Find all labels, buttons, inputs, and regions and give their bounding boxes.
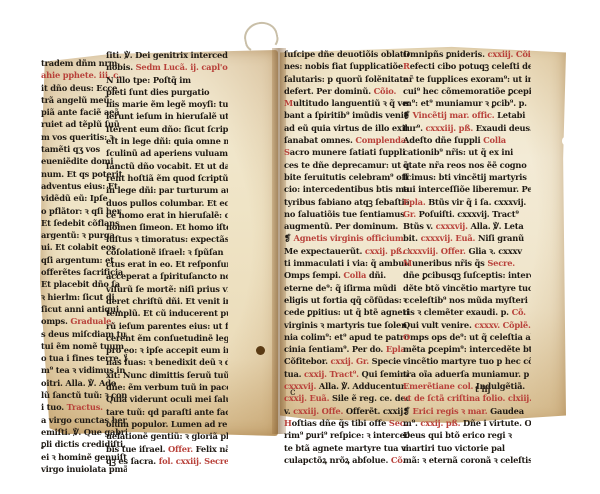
text-line: nes: nobis fiat ſupplicatiõe <box>284 60 409 72</box>
text-line: nobis. Sedm Lucã. ij. capl'o. <box>106 61 228 73</box>
rubric: Epla. <box>403 197 426 207</box>
red-initial: O <box>403 332 410 342</box>
text-line: cxxxvij. Alla. ℣. Adducentur. <box>284 380 409 392</box>
text-line: uelationẽ gentiũ: ꝛ gloriã ple <box>106 430 228 442</box>
text-line: Omps ops de⁹: ut q̃ celeſtia ali <box>403 331 531 343</box>
text-line: nas ſuas: ꝛ benedixit deũ ꝛ di <box>106 356 228 368</box>
text-line: bis tue iſrael. Offer. Felix nã <box>106 443 228 455</box>
text-line: Quia viderunt oculi mei ſalu <box>106 393 228 405</box>
text-line: templũ. Et cũ inducerent pue <box>106 307 228 319</box>
text-line: mã: ꝛ eternã coronã ꝛ celeſtis re <box>403 454 531 466</box>
text-line: nr̃ te ſupplices exoram⁹: ut in <box>403 73 531 85</box>
rubric: cxxxvij. <box>284 381 316 391</box>
red-initial: H <box>284 418 292 428</box>
rubric: cxxxvij. <box>436 221 468 231</box>
text-line: no ſaluatiõis tue ſentiamus <box>284 208 409 220</box>
text-line: ſanabat omnes. Complenda. <box>284 134 409 146</box>
rubric: cxxij. pß. <box>365 246 405 256</box>
rubric: fol. cxxiij. Secreta. <box>159 456 228 466</box>
rubric: Erici regis ꝛ mar. <box>412 406 487 416</box>
text-line: oĩum populor. Lumen ad re <box>106 418 228 430</box>
rubric: cxxij. Tract⁹. <box>304 369 359 379</box>
text-line: ſuſcipe dñe deuotiõis oblatio <box>284 48 409 60</box>
rubric: Offer. <box>168 444 193 454</box>
text-line: xit: Nunc dimittis ſeruũ tuũ <box>106 369 228 381</box>
text-line: cxxxviij. Offer. Glia ꝛ. cxxxv <box>403 245 531 257</box>
text-column-left-inner: ſiti. ℣. Dei genitrix intercede pronobis… <box>106 49 228 467</box>
text-line: nia colim⁹: et⁹ apud te patro <box>284 331 409 343</box>
text-line: mẽta ꝑcepim⁹: intercedẽte btõ <box>403 343 531 355</box>
rubric: cxxxiij. pß. <box>425 123 473 133</box>
rubric: Emerẽtiane col. <box>403 381 473 391</box>
text-line: tui interceſſiõe liberemur. Per <box>403 183 531 195</box>
text-line: v. cxxiij. Offe. Offerẽt. cxxij. <box>284 405 409 417</box>
rubric: cxxij. pß. <box>420 418 460 428</box>
rubric: cxxxv. Cõplẽ. <box>474 320 530 330</box>
text-line: Btũs v. cxxxvij. Alla. ℣. Leta <box>403 220 531 232</box>
text-line: eterne de⁹: q̃ iſirma mũdi <box>284 282 409 294</box>
text-line: virginis ꝛ martyris tue ſolen <box>284 319 409 331</box>
text-line: bit. cxxxvij. Euã. Niſi granũ <box>403 232 531 244</box>
text-line: culapctõꝝ nrõꝝ abſolue. Cõ. <box>284 454 409 466</box>
text-line: ❡ Vincẽtij mar. offic. Letabi <box>403 109 531 121</box>
rubric: cxxij. Gr. <box>331 356 369 366</box>
text-line: rim⁹ ꝑuri⁹ reſpice: ꝛ intercedẽn <box>284 429 409 441</box>
text-line: viſurũ ſe mortẽ: niſi prius vi <box>106 283 228 295</box>
text-line: cio: intercedentibus btis mar <box>284 183 409 195</box>
text-line: ces te dñe deprecamur: ut qd de <box>284 159 409 171</box>
text-line: ſanctũ dño vocabit. Et ut da <box>106 160 228 172</box>
text-line: eſt in lege dñi: quia omne ma <box>106 135 228 147</box>
text-line: tra oĩa aduerſa muniamur. p <box>403 368 531 380</box>
text-line: ſalutaris: p quorũ ſolẽnitate <box>284 73 409 85</box>
text-line: vincẽtio martyre tuo p hec cõ <box>403 355 531 367</box>
text-column-right-outer: Omnipñs ꝑnideris. cxxiij. Cõio.Refecti c… <box>403 48 531 466</box>
text-line: Cõfitebor. cxxij. Gr. Specie <box>284 355 409 367</box>
text-line: rent hoſtiã ẽm quod ſcriptũ eſt <box>106 172 228 184</box>
text-line: ti immaculati i via: q̃ ambulãt i lege <box>284 257 409 269</box>
red-initial: R <box>403 61 410 71</box>
rubric: Colla <box>483 135 506 145</box>
text-line: ris ꝛ clemẽter exaudi. p. Cõ. <box>403 306 531 318</box>
text-line: qꝫ es ſacra. fol. cxxiij. Secreta. <box>106 455 228 467</box>
text-line: cõſolationẽ iſrael: ꝛ ſpũſan <box>106 246 228 258</box>
text-line: ❡ Erici regis ꝛ mar. Gaudea <box>403 405 531 417</box>
text-line: dñe ꝑcibusqꝫ ſuſceptis: interce <box>403 269 531 281</box>
text-line: Omnipñs ꝑnideris. cxxiij. Cõio. <box>403 48 531 60</box>
rubric: Complenda. <box>355 135 408 145</box>
text-line: m⁹. cxxij. pß. Dñe i virtute. Oro <box>403 417 531 429</box>
text-line: Emerẽtiane col. Indulgẽtiã. <box>403 380 531 392</box>
text-line: cerent ẽm conſuetudinẽ legis <box>106 332 228 344</box>
text-line: Gr. Poſuiſti. cxxxvij. Tract⁹ <box>403 208 531 220</box>
rubric: cxxxviij. Offer. <box>403 246 466 256</box>
text-line: Refecti cibo potuqꝫ celeſti de⁹ <box>403 60 531 72</box>
text-line: Sacro munere ſatiati ſuppli <box>284 146 409 158</box>
text-line: Me expectauerũt. cxxij. pß. Bea <box>284 245 409 257</box>
text-line: cxxij. Euã. Sile ẽ reg. ce. decẽ <box>284 392 409 404</box>
rubric: Cõio. <box>374 86 397 96</box>
text-line: nomen ſimeon. Et homo iſte <box>106 221 228 233</box>
text-line: cui⁹ hec cõmemoratiõe ꝑcepi <box>403 85 531 97</box>
text-line: q̃tate nr̃a reos nos ẽẽ cogno <box>403 159 531 171</box>
red-initial: M <box>284 98 293 108</box>
text-line: deret chriſtũ dñi. Et venit in <box>106 295 228 307</box>
text-line: Deus qui btõ erico regi ꝛ <box>403 429 531 441</box>
text-line: bite ſeruitutis celebram⁹ offi <box>284 171 409 183</box>
rubric: Colla <box>343 270 366 280</box>
rubric: cxxiij. Cõio. <box>488 49 532 59</box>
text-line: acceperat a ſpirituſancto non <box>106 270 228 282</box>
text-line: te btã agnete martyre tua vi <box>284 442 409 454</box>
text-line: cationib⁹ nr̃is: ut q̃ ex ini <box>403 146 531 158</box>
text-line: ctus erat in eo. Et reſponſum <box>106 258 228 270</box>
text-line: dñe: ẽm verbum tuũ in pace. <box>106 381 228 393</box>
rubric: cxxiij. Offe. <box>293 406 343 416</box>
rubric: Cõ. <box>512 307 526 317</box>
signature-mark: t iij <box>475 384 490 394</box>
text-line: augmentũ. Per dominum. <box>284 220 409 232</box>
rubric: cxxxvij. Euã. <box>421 233 476 243</box>
red-initial: S <box>284 147 290 157</box>
text-line: cinia ſentiam⁹. Per do. Epla <box>284 343 409 355</box>
text-line: Multitudo languentiũ ꝛ q̃ vexa <box>284 97 409 109</box>
text-line: iuſtus ꝛ timoratus: expectãs <box>106 233 228 245</box>
text-line: cede ꝑpitius: ut q̃ btẽ agnetis <box>284 306 409 318</box>
rubric: Sedm Lucã. ij. capl'o. <box>136 62 228 72</box>
rubric: Tractus. <box>67 402 103 412</box>
rubric: Agnetis virginis officium <box>293 233 403 243</box>
text-line: in lege dñi: par turturum aut <box>106 184 228 196</box>
text-line: duos pullos columbar. Et ec <box>106 197 228 209</box>
edge-punch-hole <box>562 137 568 145</box>
text-line: ꝛ celeſtib⁹ nos mũda myſteri <box>403 294 531 306</box>
text-line: tyribus fabiano atqꝫ ſebaſtia <box>284 196 409 208</box>
text-line: Adeſto dñe ſuppli Colla <box>403 134 531 146</box>
text-line: pleti ſunt dies purgatio <box>106 86 228 98</box>
text-line: ce homo erat in hieruſalẽ: cui <box>106 209 228 221</box>
rubric: Vincẽtij mar. offic. <box>412 110 494 120</box>
text-line: Muneribus nr̃is q̃s Secre. <box>403 257 531 269</box>
text-line: bant a ſpiritib⁹ imũdis veniebant <box>284 109 409 121</box>
text-line: N illo tpe: Poſtq̃ im <box>106 74 228 86</box>
text-line: pro eo: ꝛ ipſe accepit eum in vl <box>106 344 228 356</box>
red-initial: M <box>403 258 412 268</box>
text-line: tare tuũ: qd paraſti ante faciẽ <box>106 406 228 418</box>
text-line: Hoſtias dñe q̃s tibi offe Sec. <box>284 417 409 429</box>
text-line: tua. cxxij. Tract⁹. Qui ſeminãt <box>284 368 409 380</box>
text-line: dẽte btõ vincẽtio martyre tuo <box>403 282 531 294</box>
text-line: ſculinũ ad aperiens vuluam: <box>106 147 228 159</box>
text-line: defert. Per dominũ. Cõio. <box>284 85 409 97</box>
text-line: Epla. Btũs vir q̃ i ſa. cxxxvij. <box>403 196 531 208</box>
text-line: m⁹: et⁹ muniamur ꝛ ꝑcib⁹. p. <box>403 97 531 109</box>
text-line: ſcimus: bti vincẽtij martyris <box>403 171 531 183</box>
text-column-right-inner: ſuſcipe dñe deuotiõis oblationes: nobis … <box>284 48 409 466</box>
catchword-mark: c <box>290 387 296 398</box>
text-line: vt de ſctã criſtina folio. clxiij. <box>403 392 531 404</box>
text-line: tur⁹. cxxxiij. pß. Exaudi deus. <box>403 122 531 134</box>
text-line: Qui vult venire. cxxxv. Cõplẽ. <box>403 319 531 331</box>
rubric: vt de ſctã criſtina folio. clxiij. <box>403 393 531 403</box>
worm-hole-stain <box>256 346 265 355</box>
text-line: lerunt ieſum in hieruſalẽ ut ſi <box>106 110 228 122</box>
text-line: rũ ieſum parentes eius: ut fa <box>106 320 228 332</box>
rubric: Secre. <box>487 258 515 268</box>
text-line: ❡ Agnetis virginis officium <box>284 232 409 244</box>
text-line: eligis ut fortia qq̃ cõfũdas: cõ <box>284 294 409 306</box>
text-line: ſterent eum dño: ſicut ſcriptũ <box>106 123 228 135</box>
text-line: nis marie ẽm legẽ moyſi: tu <box>106 98 228 110</box>
text-line: ſiti. ℣. Dei genitrix intercede pro <box>106 49 228 61</box>
text-line: martiri tuo victorie pal <box>403 442 531 454</box>
text-line: ad eũ quia virtus de illo exibat: et <box>284 122 409 134</box>
text-line: Omps ſempi. Colla dñi. <box>284 269 409 281</box>
rubric: Gr. <box>403 209 416 219</box>
